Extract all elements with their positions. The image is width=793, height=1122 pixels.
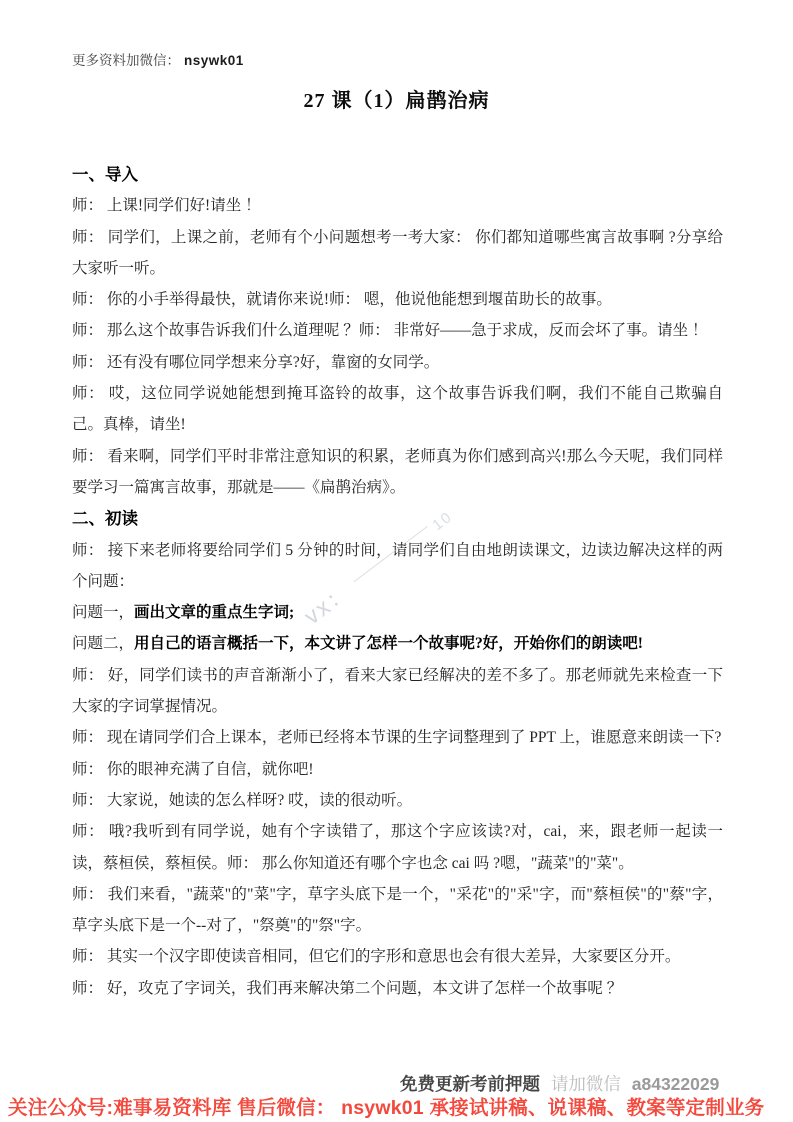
paragraph: 师： 你的小手举得最快，就请你来说!师： 嗯，他说他能想到堰苗助长的故事。 — [72, 284, 723, 315]
footer-promo-wechat-id: a84322029 — [632, 1074, 720, 1094]
emphasis-text: 用自己的语言概括一下，本文讲了怎样一个故事呢?好，开始你们的朗读吧! — [134, 635, 643, 652]
emphasis-text: 画出文章的重点生字词; — [134, 604, 294, 621]
paragraph-text: 师： 我们来看，"蔬菜"的"菜"字，草字头底下是一个，"采花"的"采"字，而"蔡… — [72, 886, 723, 934]
section-heading: 一、导入 — [72, 159, 723, 190]
paragraph-text: 师： 你的眼神充满了自信，就你吧! — [72, 761, 314, 778]
paragraph-text: 师： 还有没有哪位同学想来分享?好，靠窗的女同学。 — [72, 354, 439, 371]
paragraph: 师： 还有没有哪位同学想来分享?好，靠窗的女同学。 — [72, 347, 723, 378]
paragraph: 师： 同学们，上课之前，老师有个小问题想考一考大家： 你们都知道哪些寓言故事啊 … — [72, 222, 723, 285]
paragraph-text: 师： 哎，这位同学说她能想到掩耳盗铃的故事，这个故事告诉我们啊，我们不能自己欺骗… — [72, 385, 723, 433]
paragraph: 师： 好，攻克了字词关，我们再来解决第二个问题，本文讲了怎样一个故事呢 ？ — [72, 973, 723, 1004]
paragraph: 问题二，用自己的语言概括一下，本文讲了怎样一个故事呢?好，开始你们的朗读吧! — [72, 628, 723, 659]
paragraph-text: 师： 大家说，她读的怎么样呀? 哎，读的很动听。 — [72, 792, 412, 809]
paragraph-text: 师： 同学们，上课之前，老师有个小问题想考一考大家： 你们都知道哪些寓言故事啊 … — [72, 229, 723, 277]
emphasis-text: 一、导入 — [72, 165, 138, 184]
paragraph: 问题一，画出文章的重点生字词; — [72, 597, 723, 628]
paragraph: 师： 看来啊，同学们平时非常注意知识的积累，老师真为你们感到高兴!那么今天呢，我… — [72, 441, 723, 504]
paragraph: 师： 上课!同学们好!请坐 ！ — [72, 190, 723, 221]
paragraph: 师： 你的眼神充满了自信，就你吧! — [72, 754, 723, 785]
paragraph-text: 问题二， — [72, 635, 134, 652]
paragraph: 师： 那么这个故事告诉我们什么道理呢 ？师： 非常好——急于求成，反而会坏了事。… — [72, 315, 723, 346]
document-page: 更多资料加微信：nsywk01 27 课（1）扁鹊治病 一、导入师： 上课!同学… — [0, 0, 793, 1122]
paragraph-text: 师： 好，攻克了字词关，我们再来解决第二个问题，本文讲了怎样一个故事呢 ？ — [72, 980, 622, 997]
header-note: 更多资料加微信：nsywk01 — [72, 49, 244, 69]
footer-banner: 关注公众号:难事易资料库 售后微信： nsywk01 承接试讲稿、说课稿、教案等… — [8, 1092, 788, 1120]
paragraph-text: 师： 那么这个故事告诉我们什么道理呢 ？师： 非常好——急于求成，反而会坏了事。… — [72, 322, 708, 339]
section-heading: 二、初读 — [72, 503, 723, 534]
paragraph: 师： 哦?我听到有同学说，她有个字读错了，那这个字应该读?对，cai，来，跟老师… — [72, 816, 723, 879]
paragraph: 师： 接下来老师将要给同学们 5 分钟的时间，请同学们自由地朗读课文，边读边解决… — [72, 535, 723, 598]
paragraph-text: 师： 上课!同学们好!请坐 ！ — [72, 197, 261, 214]
paragraph-text: 问题一， — [72, 604, 134, 621]
paragraph: 师： 我们来看，"蔬菜"的"菜"字，草字头底下是一个，"采花"的"采"字，而"蔡… — [72, 879, 723, 942]
footer-promo-note: 请加微信 — [551, 1074, 621, 1094]
paragraph-text: 师： 其实一个汉字即使读音相同，但它们的字形和意思也会有很大差异，大家要区分开。 — [72, 948, 680, 965]
header-note-prefix: 更多资料加微信： — [72, 53, 180, 68]
paragraph: 师： 大家说，她读的怎么样呀? 哎，读的很动听。 — [72, 785, 723, 816]
header-wechat-id: nsywk01 — [184, 53, 244, 68]
paragraph: 师： 哎，这位同学说她能想到掩耳盗铃的故事，这个故事告诉我们啊，我们不能自己欺骗… — [72, 378, 723, 441]
paragraph-text: 师： 看来啊，同学们平时非常注意知识的积累，老师真为你们感到高兴!那么今天呢，我… — [72, 448, 723, 496]
paragraph-text: 师： 你的小手举得最快，就请你来说!师： 嗯，他说他能想到堰苗助长的故事。 — [72, 291, 612, 308]
footer-promo-title: 免费更新考前押题 — [400, 1074, 540, 1094]
paragraph-text: 师： 接下来老师将要给同学们 5 分钟的时间，请同学们自由地朗读课文，边读边解决… — [72, 542, 723, 590]
emphasis-text: 二、初读 — [72, 509, 138, 528]
paragraph: 师： 现在请同学们合上课本，老师已经将本节课的生字词整理到了 PPT 上，谁愿意… — [72, 722, 723, 753]
content: 一、导入师： 上课!同学们好!请坐 ！师： 同学们，上课之前，老师有个小问题想考… — [72, 159, 723, 1004]
paragraph-text: 师： 现在请同学们合上课本，老师已经将本节课的生字词整理到了 PPT 上，谁愿意… — [72, 729, 721, 746]
page-title: 27 课（1）扁鹊治病 — [0, 84, 793, 113]
paragraph-text: 师： 哦?我听到有同学说，她有个字读错了，那这个字应该读?对，cai，来，跟老师… — [72, 823, 723, 871]
paragraph-text: 师： 好，同学们读书的声音渐渐小了，看来大家已经解决的差不多了。那老师就先来检查… — [72, 667, 723, 715]
paragraph: 师： 好，同学们读书的声音渐渐小了，看来大家已经解决的差不多了。那老师就先来检查… — [72, 660, 723, 723]
paragraph: 师： 其实一个汉字即使读音相同，但它们的字形和意思也会有很大差异，大家要区分开。 — [72, 941, 723, 972]
